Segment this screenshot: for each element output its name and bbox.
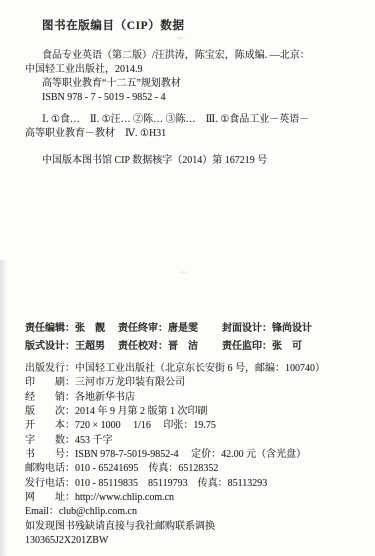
pub-label: 经 销： bbox=[25, 392, 75, 403]
cip-classification-block: Ⅰ. ①食… Ⅱ. ①汪… ②陈… ③陈… Ⅲ. ①食品工业－英语－ 高等职业教… bbox=[25, 113, 370, 141]
pub-label: Email： bbox=[25, 506, 59, 517]
staff-value: 张 靓 bbox=[75, 323, 105, 334]
publishing-info-block: 出版发行：中国轻工业出版社（北京东长安街 6 号，邮编：100740） 印 刷：… bbox=[25, 362, 373, 520]
pub-value: 010 - 85119835 85119793 传真：85113293 bbox=[75, 478, 267, 489]
classification-line-2: 高等职业教育－教材 Ⅳ. ①H31 bbox=[25, 127, 370, 141]
cip-record-number: 中国版本图书馆 CIP 数据核字（2014）第 167219 号 bbox=[42, 151, 267, 166]
scan-smudge bbox=[180, 271, 187, 274]
publishing-row-distribution-phone: 发行电话：010 - 85119835 85119793 传真：85113293 bbox=[25, 477, 373, 491]
publishing-row-mail-order-phone: 邮购电话：010 - 65241695 传真：65128352 bbox=[25, 462, 373, 476]
staff-label: 责任校对： bbox=[118, 341, 168, 352]
staff-value: 锋尚设计 bbox=[272, 323, 312, 334]
pub-value: 三河市万龙印装有限公司 bbox=[75, 377, 185, 388]
pub-value: ISBN 978-7-5019-9852-4 定价：42.00 元（含光盘） bbox=[75, 449, 306, 460]
staff-value: 王超男 bbox=[75, 341, 105, 352]
staff-label: 责任编辑： bbox=[25, 323, 75, 334]
cip-title-line: 食品专业英语（第二版）/汪洪涛，陈宝宏，陈成编. —北京： bbox=[25, 49, 370, 63]
pub-label: 发行电话： bbox=[25, 478, 75, 489]
publishing-row-email: Email：club@chlip.com.cn bbox=[25, 505, 373, 519]
pub-label: 开 本： bbox=[25, 420, 75, 431]
pub-value: 453 千字 bbox=[75, 435, 113, 446]
scan-edge-shadow bbox=[0, 260, 8, 556]
staff-cover-design: 封面设计：锋尚设计 bbox=[222, 320, 355, 338]
staff-value: 张 可 bbox=[272, 341, 302, 352]
staff-row-2: 版式设计：王超男 责任校对：晋 洁 责任监印：张 可 bbox=[25, 338, 355, 356]
pub-label: 出版发行： bbox=[25, 363, 75, 374]
publishing-row-isbn-price: 书 号：ISBN 978-7-5019-9852-4 定价：42.00 元（含光… bbox=[25, 448, 373, 462]
pub-label: 印 刷： bbox=[25, 377, 75, 388]
pub-label: 字 数： bbox=[25, 435, 75, 446]
staff-label: 责任终审： bbox=[118, 323, 168, 334]
pub-label: 网 址： bbox=[25, 492, 75, 503]
pub-value: 中国轻工业出版社（北京东长安街 6 号，邮编：100740） bbox=[75, 363, 325, 374]
publishing-row-printer: 印 刷：三河市万龙印装有限公司 bbox=[25, 376, 373, 390]
scan-smudge bbox=[176, 36, 185, 40]
classification-line-1: Ⅰ. ①食… Ⅱ. ①汪… ②陈… ③陈… Ⅲ. ①食品工业－英语－ bbox=[25, 113, 370, 127]
cip-isbn-line: ISBN 978 - 7 - 5019 - 9852 - 4 bbox=[25, 91, 370, 105]
publishing-row-website: 网 址：http://www.chlip.com.cn bbox=[25, 491, 373, 505]
staff-credits-block: 责任编辑：张 靓 责任终审：唐是雯 封面设计：锋尚设计 版式设计：王超男 责任校… bbox=[25, 320, 355, 355]
cip-publisher-line: 中国轻工业出版社，2014.9 bbox=[25, 63, 370, 77]
pub-value: 2014 年 9 月第 2 版第 1 次印刷 bbox=[75, 406, 208, 417]
cip-description-block: 食品专业英语（第二版）/汪洪涛，陈宝宏，陈成编. —北京： 中国轻工业出版社，2… bbox=[25, 49, 370, 105]
staff-value: 晋 洁 bbox=[168, 341, 198, 352]
pub-label: 书 号： bbox=[25, 449, 75, 460]
publishing-row-format: 开 本：720 × 1000 1/16 印张：19.75 bbox=[25, 419, 373, 433]
footer-block: 如发现图书残缺请直接与我社邮购联系调换 130365J2X201ZBW bbox=[25, 520, 355, 549]
staff-print-supervisor: 责任监印：张 可 bbox=[222, 338, 355, 356]
print-batch-code: 130365J2X201ZBW bbox=[25, 534, 355, 548]
pub-url: http://www.chlip.com.cn bbox=[75, 492, 174, 503]
staff-editor: 责任编辑：张 靓 bbox=[25, 320, 118, 338]
pub-value: 各地新华书店 bbox=[75, 392, 135, 403]
exchange-notice: 如发现图书残缺请直接与我社邮购联系调换 bbox=[25, 520, 355, 534]
publishing-row-publisher: 出版发行：中国轻工业出版社（北京东长安街 6 号，邮编：100740） bbox=[25, 362, 373, 376]
staff-layout-design: 版式设计：王超男 bbox=[25, 338, 118, 356]
pub-value: 010 - 65241695 传真：65128352 bbox=[75, 463, 218, 474]
publishing-row-edition: 版 次：2014 年 9 月第 2 版第 1 次印刷 bbox=[25, 405, 373, 419]
publishing-row-word-count: 字 数：453 千字 bbox=[25, 434, 373, 448]
pub-value: 720 × 1000 1/16 印张：19.75 bbox=[75, 420, 216, 431]
staff-label: 责任监印： bbox=[222, 341, 272, 352]
staff-label: 封面设计： bbox=[222, 323, 272, 334]
cip-series-line: 高等职业教育“十二五”规划教材 bbox=[25, 77, 370, 91]
staff-row-1: 责任编辑：张 靓 责任终审：唐是雯 封面设计：锋尚设计 bbox=[25, 320, 355, 338]
staff-label: 版式设计： bbox=[25, 341, 75, 352]
publishing-row-distributor: 经 销：各地新华书店 bbox=[25, 391, 373, 405]
staff-value: 唐是雯 bbox=[168, 323, 198, 334]
staff-final-reviewer: 责任终审：唐是雯 bbox=[118, 320, 222, 338]
cip-header-title: 图书在版编目（CIP）数据 bbox=[42, 17, 185, 33]
staff-proofreader: 责任校对：晋 洁 bbox=[118, 338, 222, 356]
pub-label: 邮购电话： bbox=[25, 463, 75, 474]
pub-email: club@chlip.com.cn bbox=[59, 506, 137, 517]
cip-copyright-page: 图书在版编目（CIP）数据 食品专业英语（第二版）/汪洪涛，陈宝宏，陈成编. —… bbox=[0, 0, 375, 556]
pub-label: 版 次： bbox=[25, 406, 75, 417]
